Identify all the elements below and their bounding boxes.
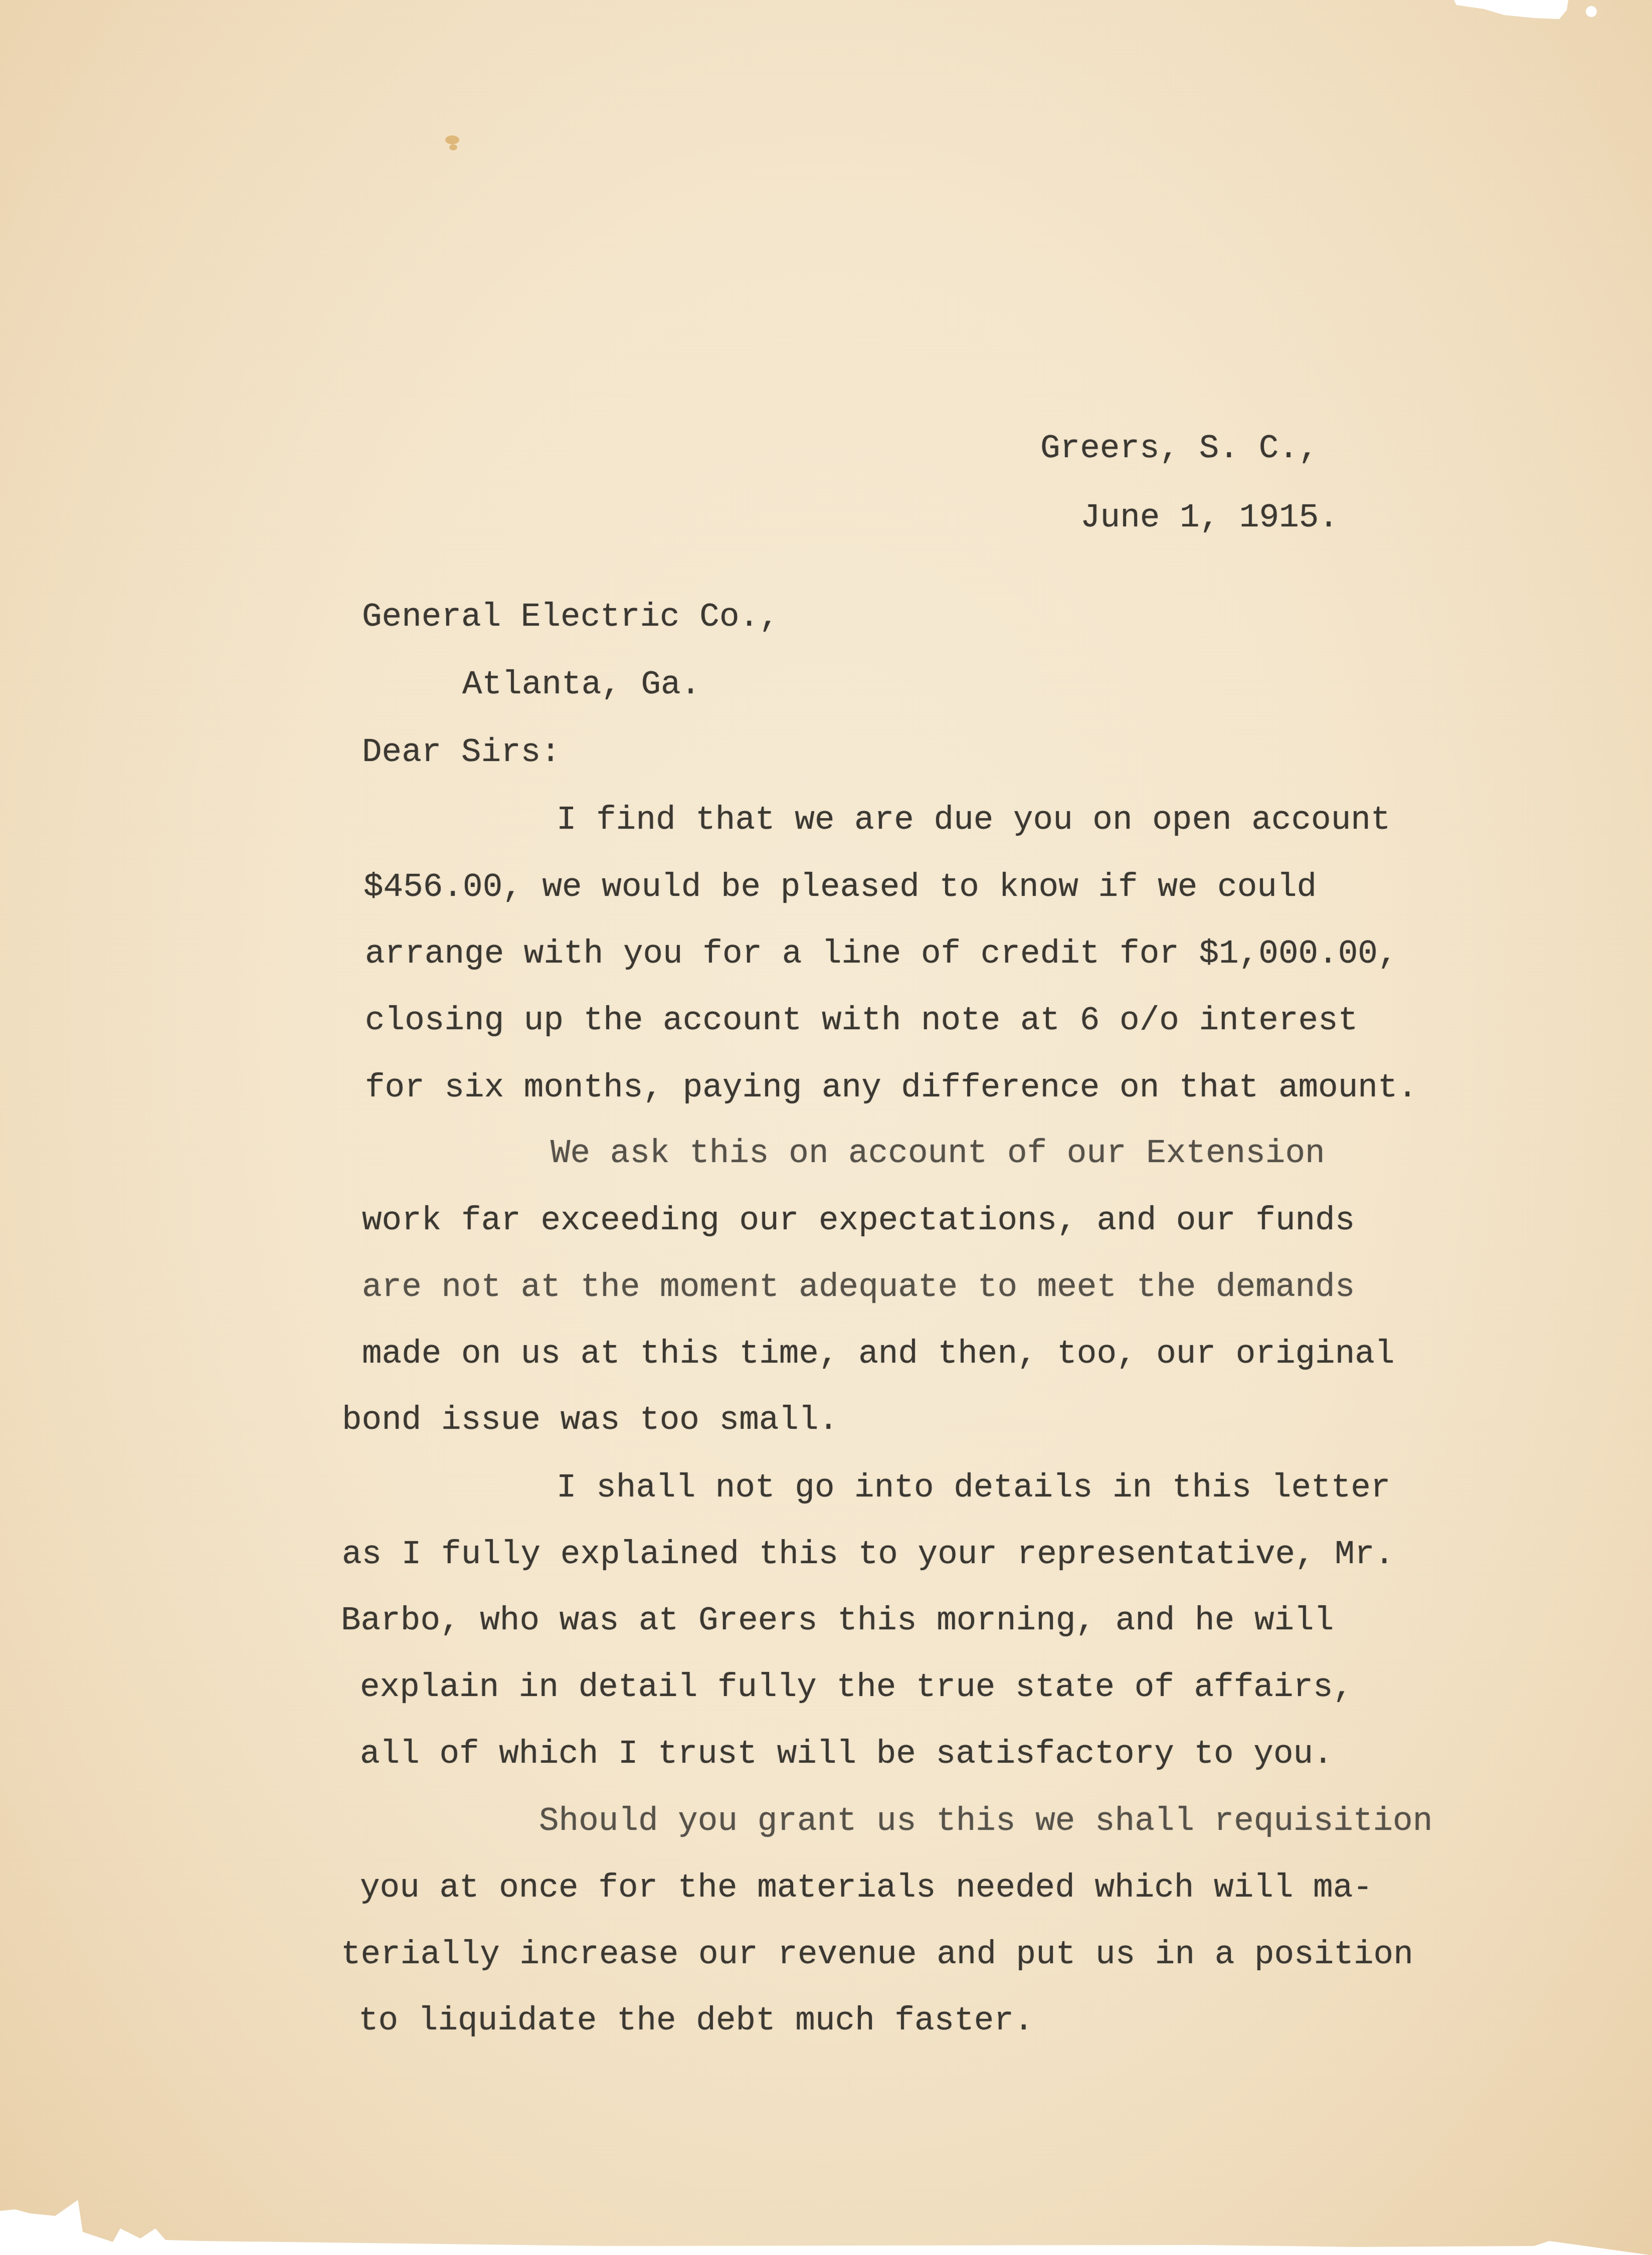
body-line: closing up the account with note at 6 o/… <box>365 1004 1358 1037</box>
body-line: Should you grant us this we shall requis… <box>539 1805 1432 1838</box>
salutation: Dear Sirs: <box>362 736 561 769</box>
recipient-company: General Electric Co., <box>362 601 779 634</box>
letter-place: Greers, S. C., <box>1040 432 1319 465</box>
body-line: to liquidate the debt much faster. <box>358 2004 1034 2037</box>
ink-stain <box>449 144 457 150</box>
recipient-city: Atlanta, Ga. <box>462 668 700 701</box>
body-line: all of which I trust will be satisfactor… <box>360 1738 1333 1771</box>
letter-date: June 1, 1915. <box>1080 501 1339 534</box>
body-line: I find that we are due you on open accou… <box>557 804 1390 837</box>
body-line: bond issue was too small. <box>342 1404 838 1437</box>
ink-stain <box>445 135 459 144</box>
body-line: for six months, paying any difference on… <box>365 1071 1417 1104</box>
body-line: I shall not go into details in this lett… <box>557 1471 1390 1505</box>
body-line: explain in detail fully the true state o… <box>360 1671 1353 1704</box>
body-line: made on us at this time, and then, too, … <box>362 1338 1395 1371</box>
body-line: We ask this on account of our Extension <box>550 1137 1325 1170</box>
body-line: are not at the moment adequate to meet t… <box>362 1271 1355 1304</box>
paper-tear-hole <box>1586 6 1597 17</box>
body-line: terially increase our revenue and put us… <box>341 1938 1413 1971</box>
body-line: $456.00, we would be pleased to know if … <box>363 871 1317 904</box>
body-line: Barbo, who was at Greers this morning, a… <box>341 1604 1334 1637</box>
body-line: work far exceeding our expectations, and… <box>362 1204 1355 1237</box>
letter-page: Greers, S. C., June 1, 1915. General Ele… <box>0 0 1652 2255</box>
body-line: you at once for the materials needed whi… <box>360 1871 1373 1905</box>
body-line: arrange with you for a line of credit fo… <box>365 937 1398 971</box>
body-line: as I fully explained this to your repres… <box>342 1538 1394 1571</box>
